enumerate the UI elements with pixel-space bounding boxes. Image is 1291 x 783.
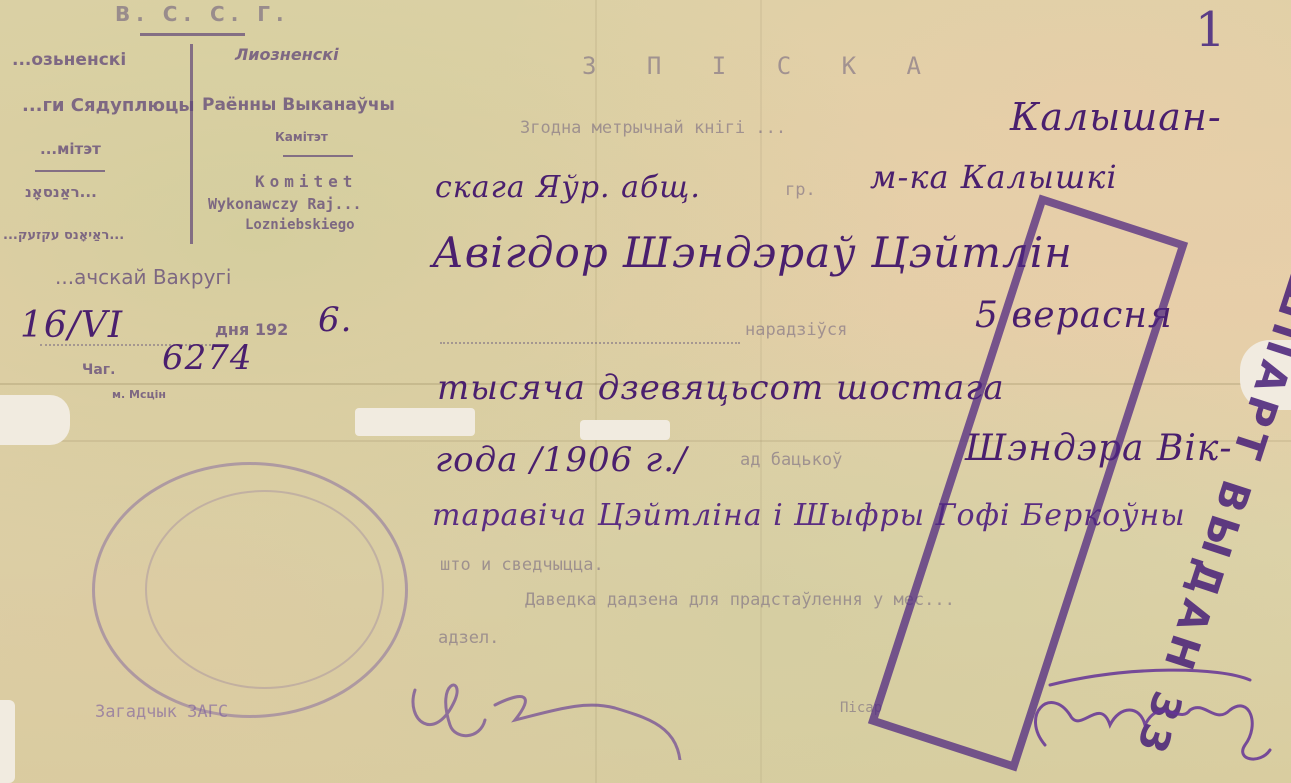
typed-line-5: што и сведчыцца. (440, 555, 604, 575)
letterhead-left-line-2: ...ги Сядуплюцы (22, 95, 195, 116)
typed-line-7: адзел. (438, 628, 499, 648)
typed-line-2: гр. (785, 180, 816, 200)
typed-line-6: Даведка дадзена для прадстаўлення у мес.… (525, 590, 955, 610)
paper-tear (0, 395, 70, 445)
letterhead-right-line-4: Komitet (255, 172, 357, 191)
letterhead-right-rule (283, 155, 353, 157)
letterhead-divider (190, 44, 193, 244)
typed-dotted-line (440, 342, 740, 344)
page-number: 1 (1195, 2, 1227, 58)
letterhead-right-line-1: Лиозненскі (235, 45, 339, 64)
letterhead-city: м. Мсцін (112, 388, 166, 401)
round-seal-inner (145, 490, 384, 689)
letterhead-right-line-2: Раённы Выканаўчы (202, 95, 395, 115)
letterhead-top-rule (140, 33, 245, 36)
letterhead-left-line-4: ראַנסאָנ... (25, 183, 97, 201)
handwritten-line-3: Авігдор Шэндэраў Цэйтлін (432, 228, 1073, 277)
left-signature (395, 650, 815, 760)
letterhead-left-line-1: ...озьненскі (12, 50, 126, 70)
letterhead-left-rule (35, 170, 105, 172)
handwritten-line-2a: скага Яўр. абщ. (435, 170, 701, 205)
handwritten-line-6a: года /1906 г./ (435, 440, 688, 480)
typed-line-4: ад бацькоў (740, 450, 842, 470)
letterhead-date-handwritten: 16/VI (20, 305, 123, 346)
handwritten-line-1: Калышан- (1010, 95, 1222, 139)
letterhead-right-line-5: Wykonawczy Raj... (208, 195, 362, 213)
letterhead-year-suffix: 6. (318, 300, 352, 340)
paper-tear (0, 700, 15, 783)
letterhead-date-label: дня 192 (215, 320, 288, 339)
typed-line-3: нарадзіўся (745, 320, 847, 340)
handwritten-line-5: тысяча дзевяцьсот шостага (437, 368, 1005, 408)
right-signature (1010, 655, 1290, 765)
letterhead-place: ...ачскай Вакругі (55, 265, 231, 289)
document-title: З П І С К А (582, 52, 939, 80)
letterhead-number-label: Чаг. (82, 362, 115, 378)
handwritten-line-2b: м-ка Калышкі (870, 158, 1118, 196)
letterhead-right-line-6: Lozniebskiego (245, 217, 355, 233)
paper-tear (355, 408, 475, 436)
letterhead-right-line-3: Камітэт (275, 130, 328, 144)
paper-tear (580, 420, 670, 440)
letterhead-top: В. С. С. Г. (115, 2, 290, 26)
letterhead-left-line-5: ...ראַיאָנס עקזעק... (3, 228, 124, 243)
typed-line-1: Згодна метрычнай кнігі ... (520, 118, 786, 138)
letterhead-number-value: 6274 (162, 338, 253, 378)
letterhead-left-line-3: ...мітэт (40, 140, 101, 158)
